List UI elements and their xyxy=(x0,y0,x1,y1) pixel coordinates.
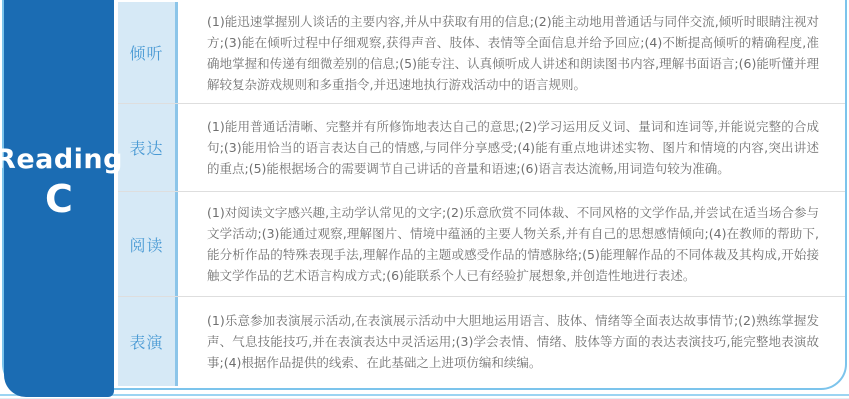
reading-title: Reading xyxy=(0,144,123,175)
category-label: 表演 xyxy=(129,330,163,353)
level-letter: C xyxy=(45,177,73,221)
category-description: (1)乐意参加表演展示活动,在表演展示活动中大胆地运用语言、肢体、情绪等全面表达… xyxy=(207,310,819,373)
category-description-cell: (1)对阅读文字感兴趣,主动学认常见的文字;(2)乐意欣赏不同体裁、不同风格的文… xyxy=(178,192,845,296)
category-description-cell: (1)乐意参加表演展示活动,在表演展示活动中大胆地运用语言、肢体、情绪等全面表达… xyxy=(178,297,845,386)
category-label-cell: 表演 xyxy=(118,297,178,386)
level-c-reading-card: 倾听 (1)能迅速掌握别人谈话的主要内容,并从中获取有用的信息;(2)能主动地用… xyxy=(2,0,847,390)
category-label: 倾听 xyxy=(129,41,163,64)
category-label-cell: 表达 xyxy=(118,104,178,191)
table-row: 表达 (1)能用普通话清晰、完整并有所修饰地表达自己的意思;(2)学习运用反义词… xyxy=(118,104,845,192)
category-label-cell: 倾听 xyxy=(118,2,178,103)
table-row: 倾听 (1)能迅速掌握别人谈话的主要内容,并从中获取有用的信息;(2)能主动地用… xyxy=(118,2,845,104)
category-description: (1)对阅读文字感兴趣,主动学认常见的文字;(2)乐意欣赏不同体裁、不同风格的文… xyxy=(207,202,819,286)
category-description-cell: (1)能用普通话清晰、完整并有所修饰地表达自己的意思;(2)学习运用反义词、量词… xyxy=(178,104,845,191)
bottom-accent-line xyxy=(0,394,849,396)
table-row: 阅读 (1)对阅读文字感兴趣,主动学认常见的文字;(2)乐意欣赏不同体裁、不同风… xyxy=(118,192,845,297)
category-label: 表达 xyxy=(129,136,163,159)
category-description: (1)能迅速掌握别人谈话的主要内容,并从中获取有用的信息;(2)能主动地用普通话… xyxy=(207,11,819,95)
skills-table: 倾听 (1)能迅速掌握别人谈话的主要内容,并从中获取有用的信息;(2)能主动地用… xyxy=(118,2,845,386)
card-inner: 倾听 (1)能迅速掌握别人谈话的主要内容,并从中获取有用的信息;(2)能主动地用… xyxy=(4,2,845,388)
category-description-cell: (1)能迅速掌握别人谈话的主要内容,并从中获取有用的信息;(2)能主动地用普通话… xyxy=(178,2,845,103)
category-label: 阅读 xyxy=(129,233,163,256)
category-description: (1)能用普通话清晰、完整并有所修饰地表达自己的意思;(2)学习运用反义词、量词… xyxy=(207,116,819,179)
category-label-cell: 阅读 xyxy=(118,192,178,296)
reading-level-sidebar: Reading C xyxy=(4,0,114,397)
table-row: 表演 (1)乐意参加表演展示活动,在表演展示活动中大胆地运用语言、肢体、情绪等全… xyxy=(118,297,845,386)
